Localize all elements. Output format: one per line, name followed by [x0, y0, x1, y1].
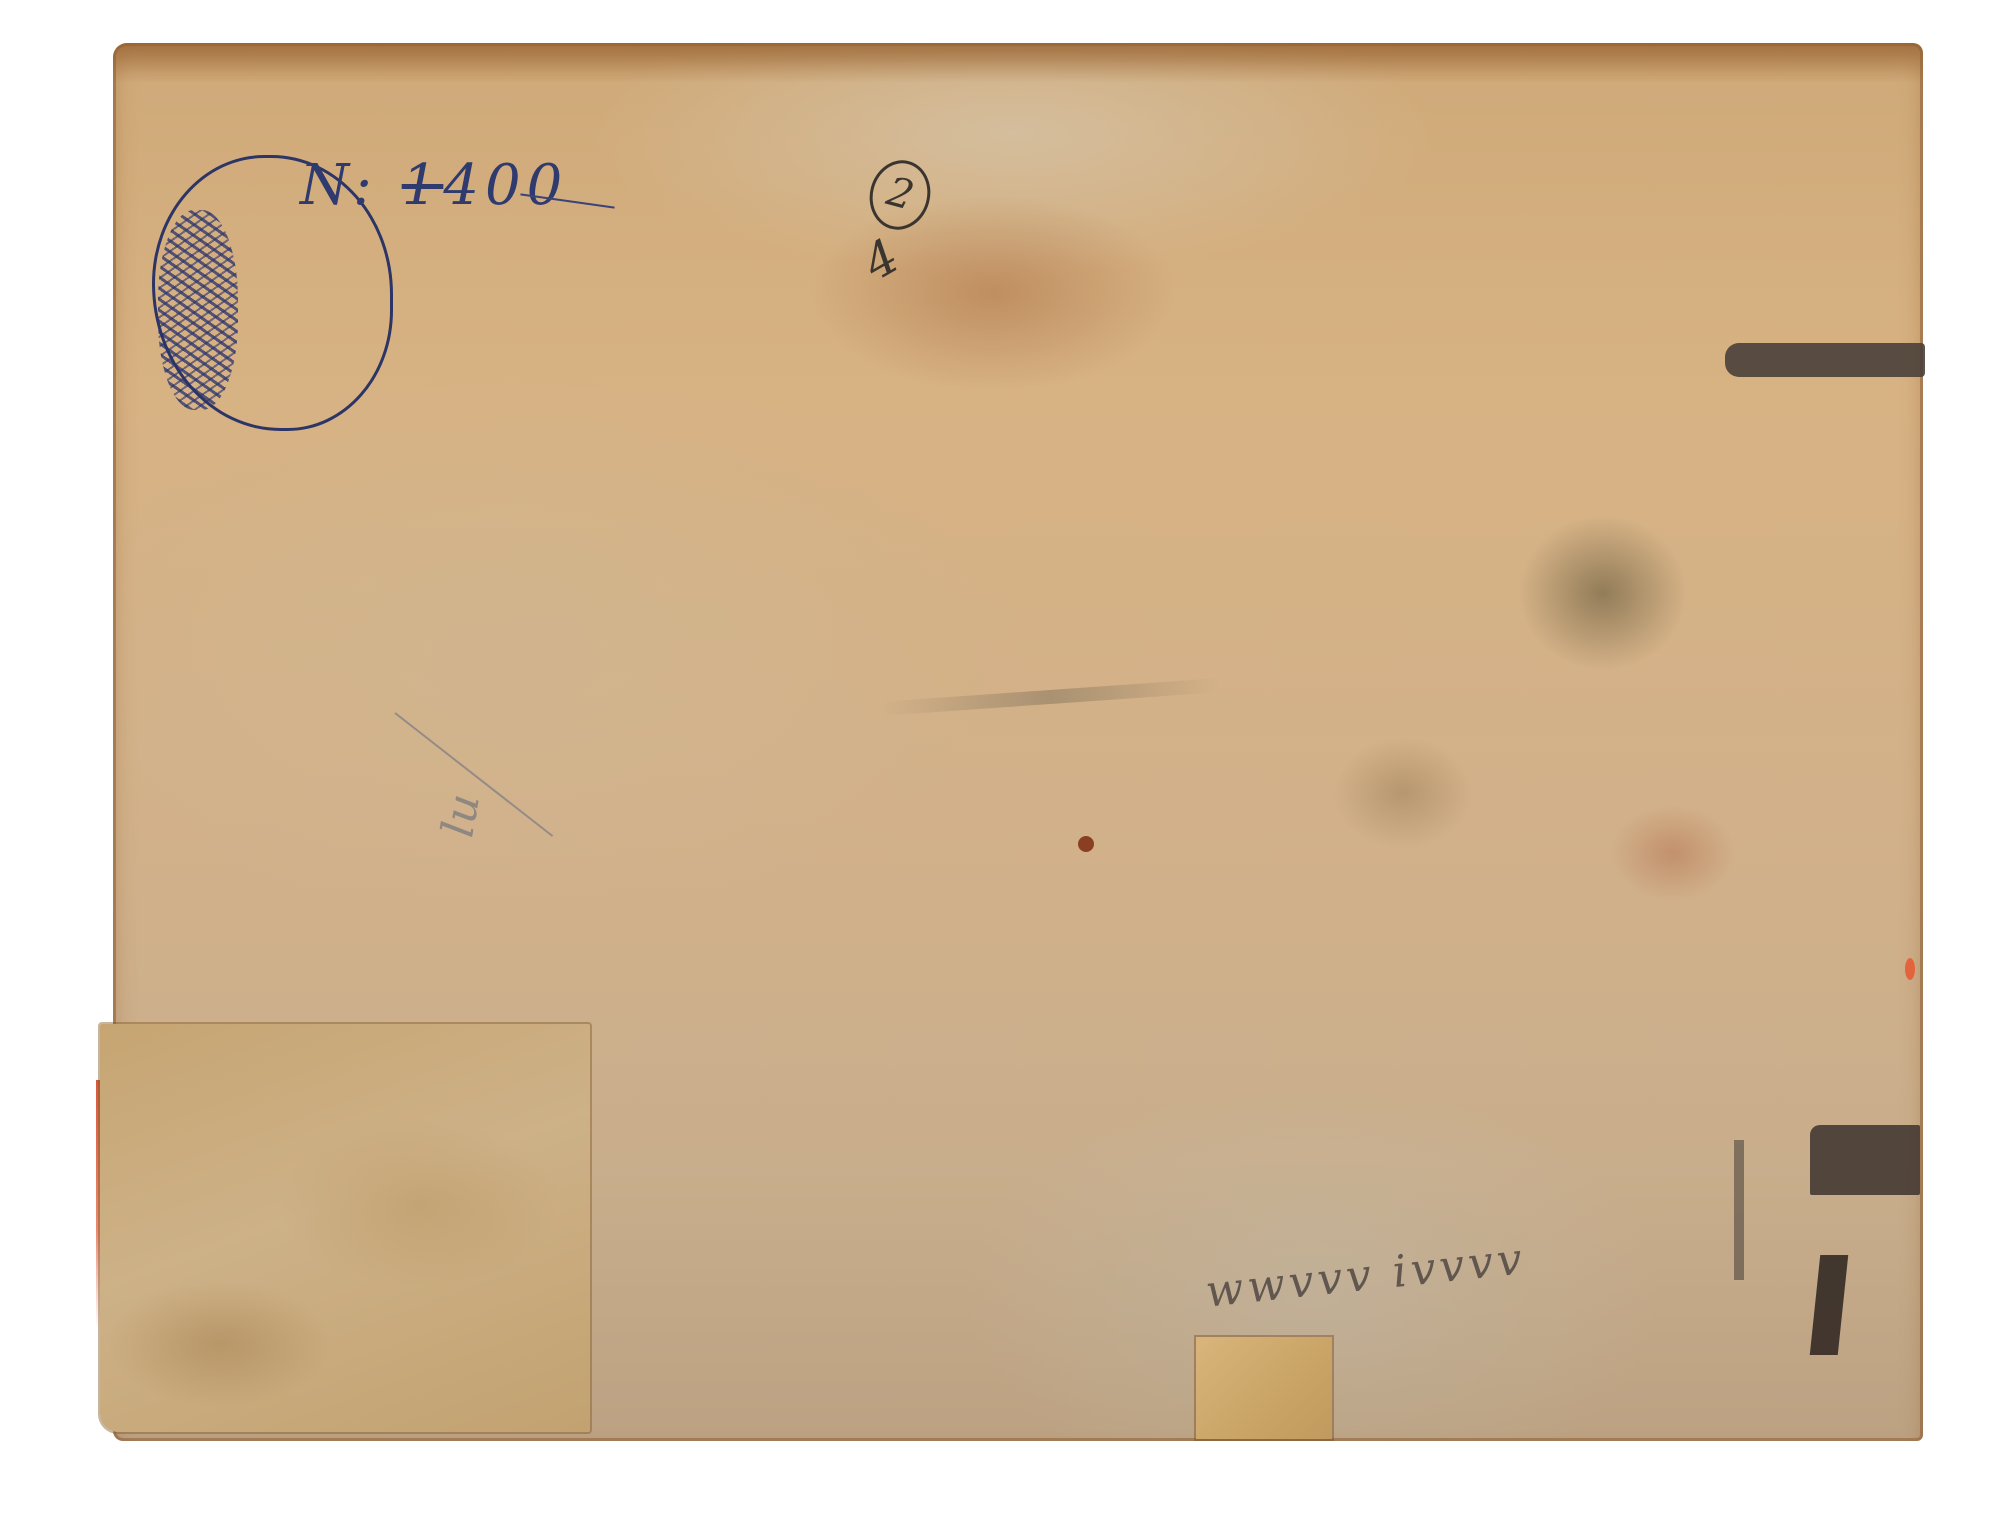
dark-bar-mark	[1725, 343, 1925, 377]
number-prefix: N:	[300, 153, 378, 218]
taped-patch-small	[1196, 1337, 1332, 1439]
taped-patch-large	[100, 1024, 590, 1432]
number-struck-digit: 1	[402, 153, 444, 218]
inventory-number: N: 1400	[300, 158, 568, 214]
number-value: 400	[443, 153, 568, 218]
ink-scribble-fill	[158, 210, 238, 410]
top-edge-stain	[113, 43, 1923, 83]
bottom-right-mark-top	[1810, 1125, 1920, 1195]
bottom-right-mark-line	[1734, 1140, 1744, 1280]
orange-edge-mark	[1905, 958, 1915, 980]
pencil-note: lu	[432, 790, 490, 841]
red-dot-stain	[1078, 836, 1094, 852]
